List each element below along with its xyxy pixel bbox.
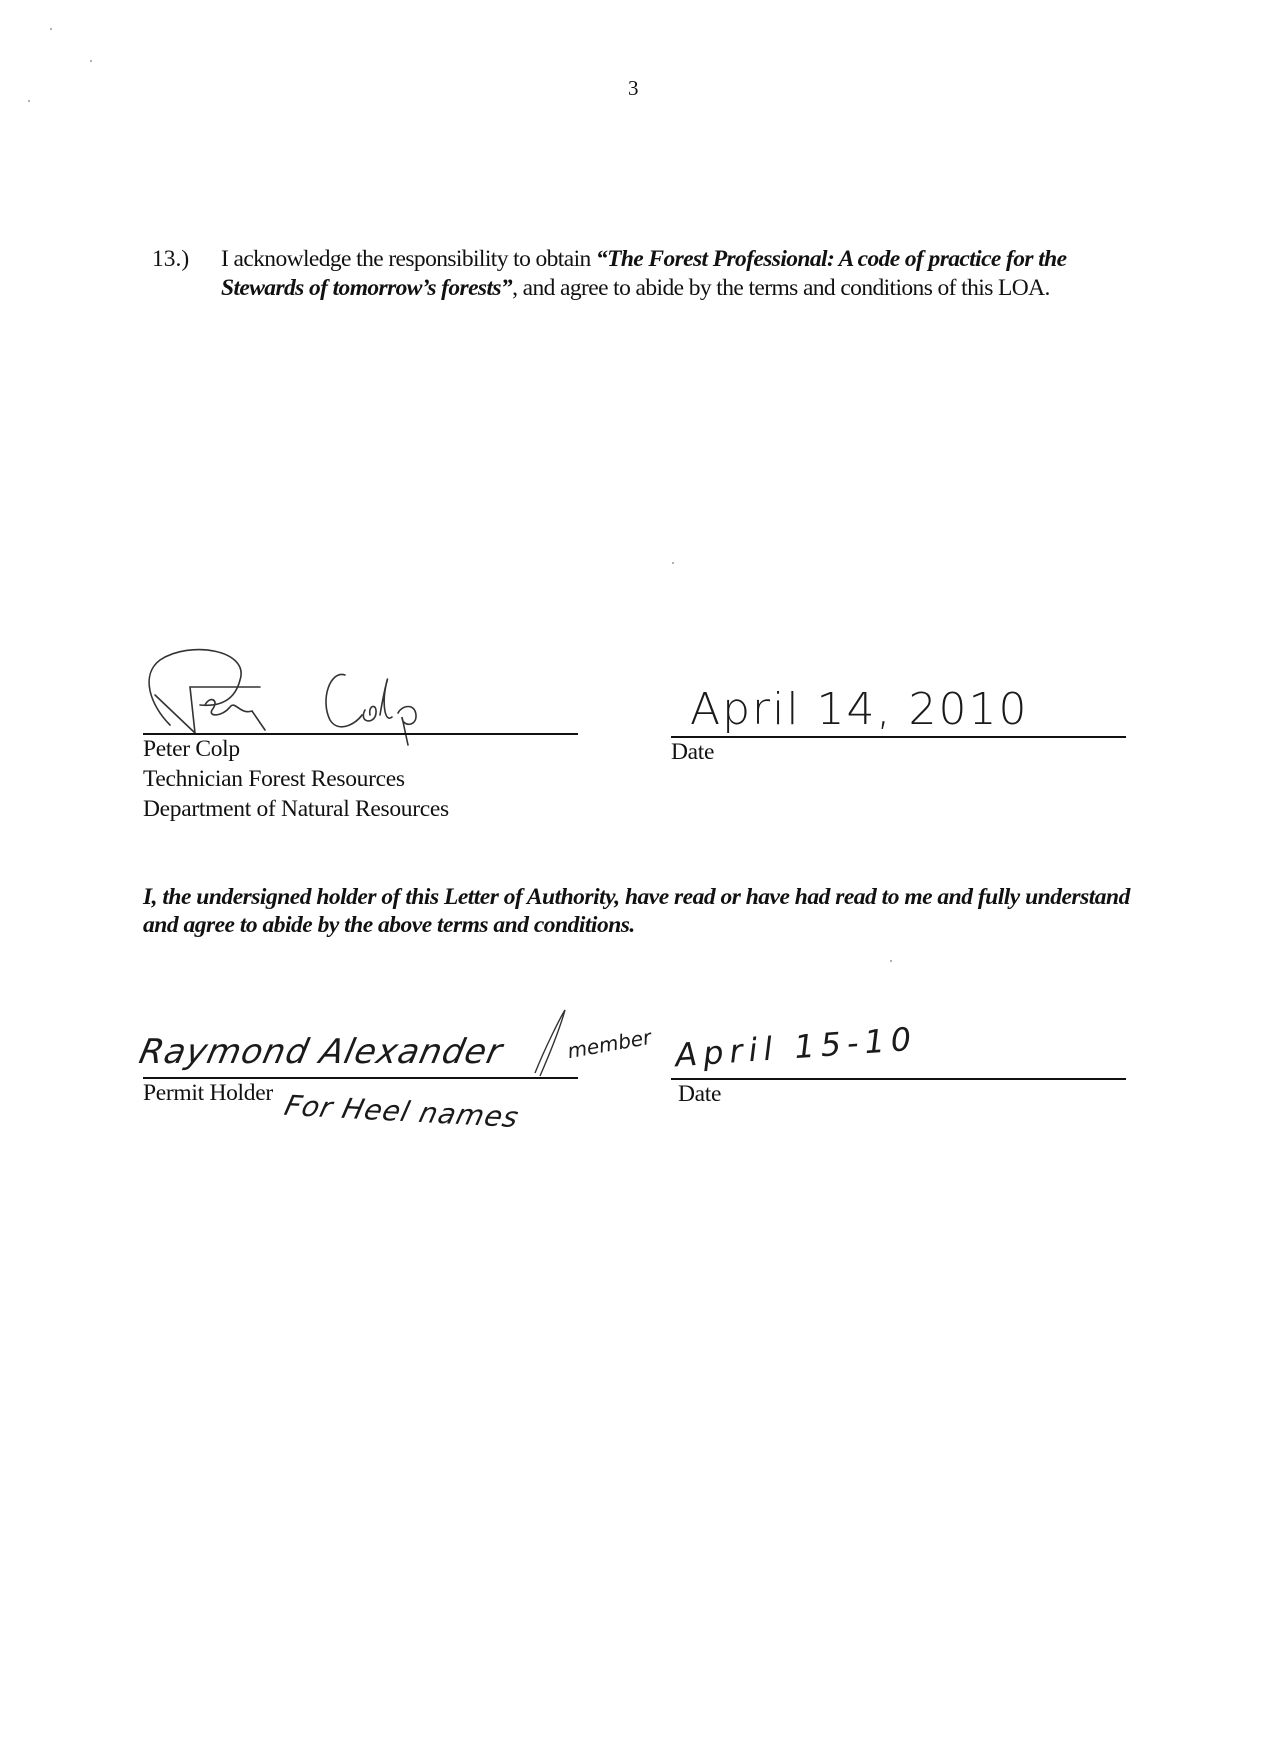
page-number: 3 <box>628 76 639 101</box>
officer-date-handwritten: April 14, 2010 <box>690 684 1029 735</box>
holder-date-handwritten: April 15-10 <box>674 1020 918 1075</box>
holder-annotation-member: member <box>566 1025 653 1063</box>
scan-speck <box>890 960 892 962</box>
holder-signature: Raymond Alexander <box>136 1032 507 1072</box>
holder-date-line <box>671 1078 1126 1080</box>
holder-signature-flourish <box>530 1008 570 1078</box>
clause-text-after: , and agree to abide by the terms and co… <box>512 275 1050 301</box>
clause-number: 13.) <box>152 245 189 274</box>
holder-annotation-for: For Heel names <box>281 1089 522 1134</box>
clause-text-before: I acknowledge the responsibility to obta… <box>221 246 596 272</box>
scan-speck <box>28 100 30 102</box>
officer-name: Peter Colp <box>143 734 240 764</box>
officer-signature <box>140 645 440 740</box>
acknowledgement-statement: I, the undersigned holder of this Letter… <box>143 883 1143 939</box>
scan-speck <box>50 28 52 30</box>
clause-text: I acknowledge the responsibility to obta… <box>221 245 1142 303</box>
officer-date-line <box>671 736 1126 738</box>
holder-date-label: Date <box>678 1079 721 1109</box>
officer-title: Technician Forest Resources <box>143 764 405 794</box>
officer-department: Department of Natural Resources <box>143 794 449 824</box>
officer-date-label: Date <box>671 737 714 767</box>
scan-speck <box>90 60 92 62</box>
permit-holder-label: Permit Holder <box>143 1078 273 1108</box>
scan-speck <box>672 562 674 564</box>
